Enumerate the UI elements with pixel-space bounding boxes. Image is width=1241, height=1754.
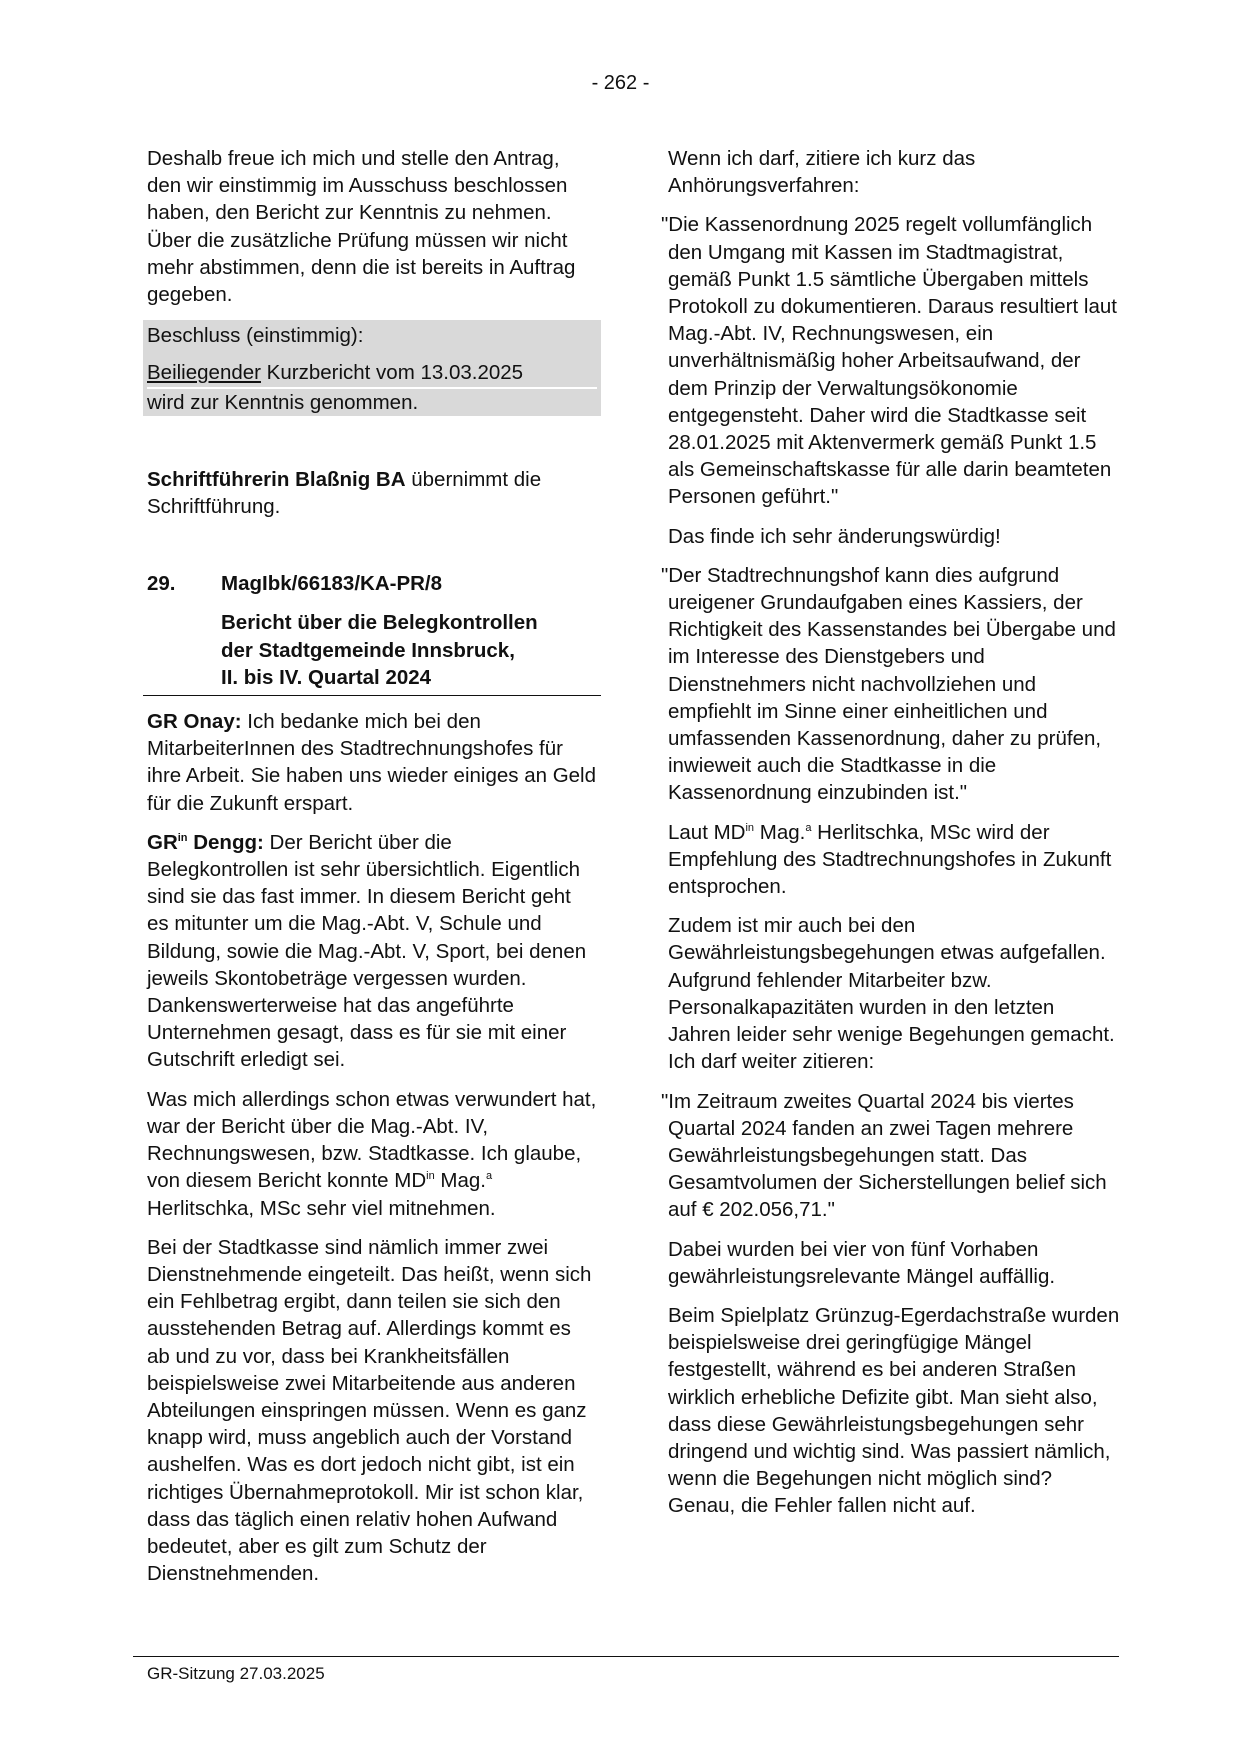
resolution-text: Kurzbericht vom 13.03.2025 [261,361,523,384]
secretary-note: Schriftführerin Blaßnig BA übernimmt die… [147,466,597,520]
speech-onay: GR Onay: Ich bedanke mich bei den Mitarb… [147,708,597,817]
resolution-box: Beschluss (einstimmig): Beiliegender Kur… [143,320,601,416]
resolution-text-line1: Beiliegender Kurzbericht vom 13.03.2025 [147,359,597,388]
resolution-title: Beschluss (einstimmig): [147,322,597,359]
paragraph: Laut MDin Mag.a Herlitschka, MSc wird de… [668,819,1120,901]
page-number: - 262 - [0,72,1241,95]
quotation: "Die Kassenordnung 2025 regelt vollumfän… [668,211,1120,510]
speaker-name: GRin Dengg: [147,831,264,854]
left-column: Deshalb freue ich mich und stelle den An… [147,145,597,1599]
agenda-title-line: II. bis IV. Quartal 2024 [221,664,597,691]
heading-divider [143,695,601,696]
speech-text: Der Bericht über die Belegkontrollen ist… [147,831,586,1072]
paragraph: Bei der Stadtkasse sind nämlich immer zw… [147,1234,597,1588]
agenda-title: Bericht über die Belegkontrollen der Sta… [221,609,597,691]
footer-divider [133,1656,1119,1657]
agenda-reference: MagIbk/66183/KA-PR/8 [221,570,442,597]
paragraph: Wenn ich darf, zitiere ich kurz das Anhö… [668,145,1120,199]
footer-session-date: GR-Sitzung 27.03.2025 [147,1664,325,1684]
agenda-item-heading: 29. MagIbk/66183/KA-PR/8 [147,570,597,597]
speech-dengg: GRin Dengg: Der Bericht über die Belegko… [147,829,597,1074]
quotation: "Der Stadtrechnungshof kann dies aufgrun… [668,562,1120,807]
quotation: "Im Zeitraum zweites Quartal 2024 bis vi… [668,1088,1120,1224]
right-column: Wenn ich darf, zitiere ich kurz das Anhö… [668,145,1120,1532]
speaker-name: GR Onay: [147,710,242,733]
resolution-underlined: Beiliegender [147,361,261,384]
paragraph: Beim Spielplatz Grünzug-Egerdachstraße w… [668,1302,1120,1520]
agenda-number: 29. [147,570,221,597]
paragraph: Deshalb freue ich mich und stelle den An… [147,145,597,308]
paragraph: Zudem ist mir auch bei den Gewährleistun… [668,912,1120,1075]
paragraph: Was mich allerdings schon etwas verwunde… [147,1086,597,1222]
agenda-title-line: Bericht über die Belegkontrollen [221,609,597,636]
paragraph: Das finde ich sehr änderungswürdig! [668,523,1120,550]
secretary-name: Schriftführerin Blaßnig BA [147,468,406,491]
agenda-title-line: der Stadtgemeinde Innsbruck, [221,637,597,664]
resolution-text-line2: wird zur Kenntnis genommen. [147,389,597,416]
paragraph: Dabei wurden bei vier von fünf Vorhaben … [668,1236,1120,1290]
